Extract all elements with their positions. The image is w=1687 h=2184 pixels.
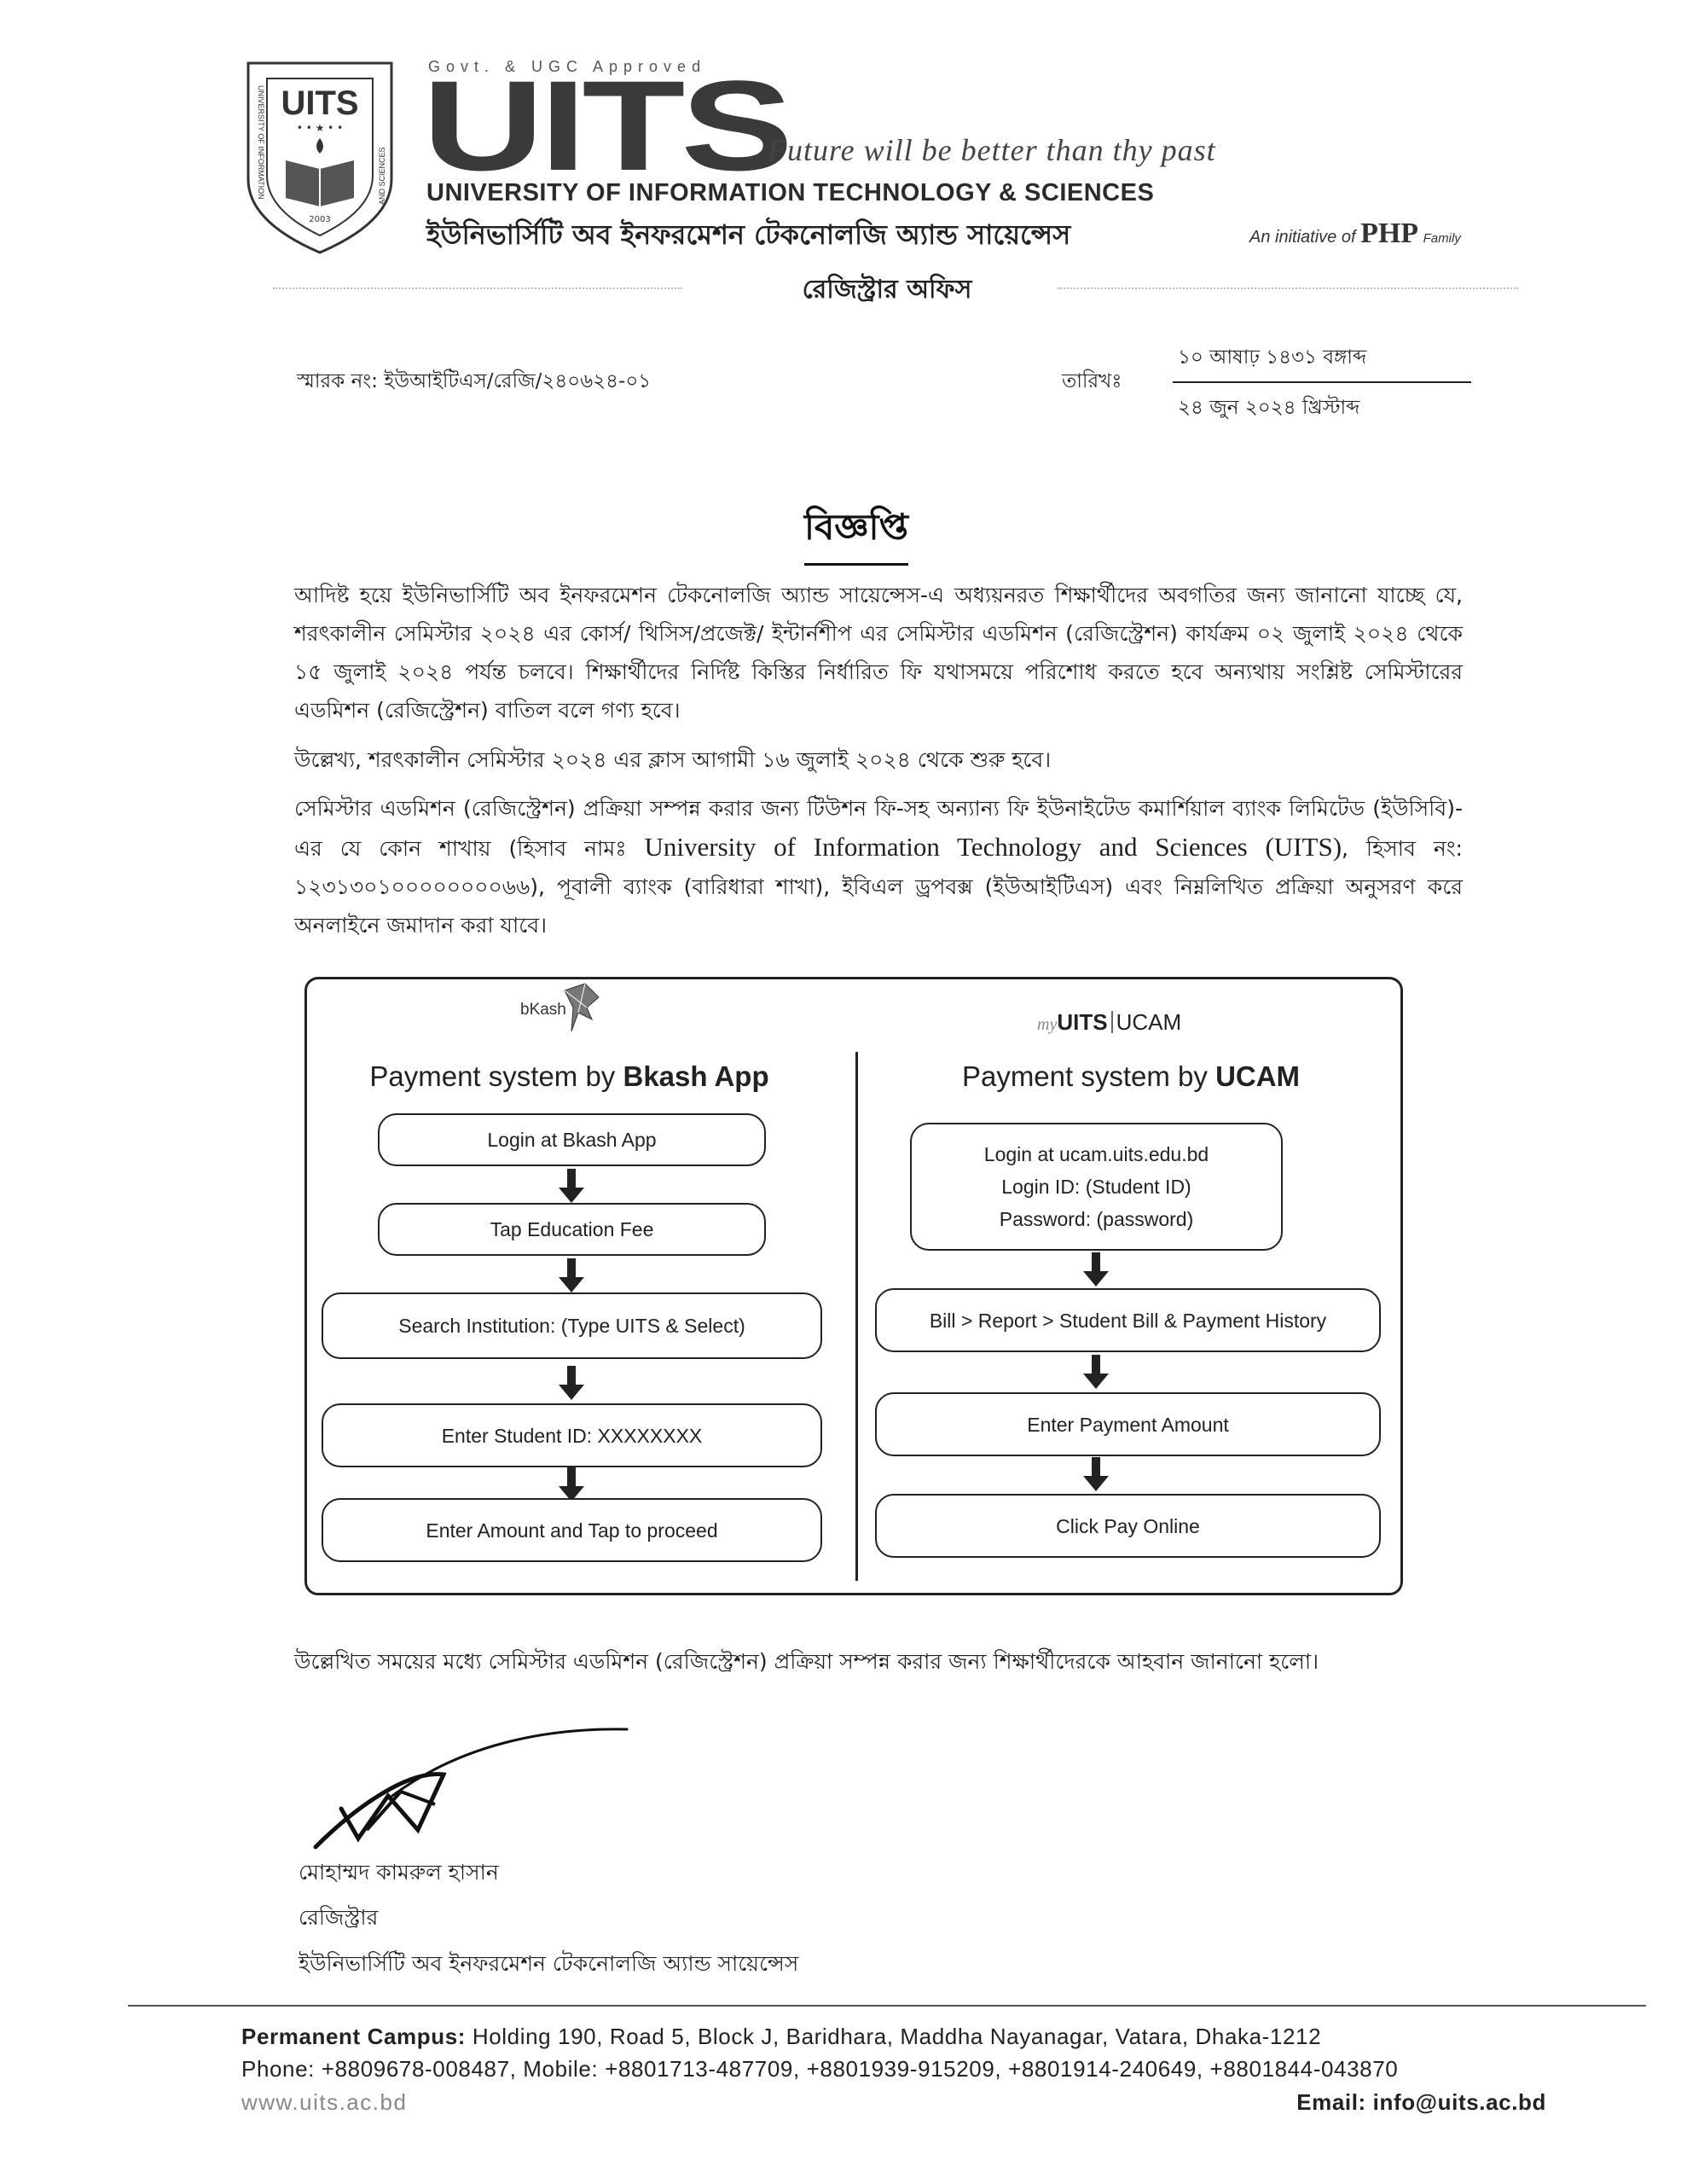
ucam-login-url: Login at ucam.uits.edu.bd [984, 1138, 1209, 1170]
svg-text:UNIVERSITY OF INFORMATION: UNIVERSITY OF INFORMATION [257, 85, 265, 200]
tagline: Future will be better than thy past [768, 132, 1216, 168]
arrow-down-icon [559, 1258, 584, 1294]
bkash-step-5: Enter Amount and Tap to proceed [322, 1498, 822, 1562]
bkash-step-1: Login at Bkash App [378, 1113, 766, 1166]
signatory-title: রেজিস্ট্রার [299, 1901, 378, 1937]
ucam-step-3: Enter Payment Amount [875, 1392, 1381, 1456]
bkash-bird-icon [561, 982, 602, 1033]
email-link[interactable]: Email: info@uits.ac.bd [1296, 2085, 1546, 2119]
bkash-logo: bKash [520, 1001, 566, 1019]
ucam-title-bold: UCAM [1215, 1060, 1300, 1092]
notice-paragraph-1: আদিষ্ট হয়ে ইউনিভার্সিটি অব ইনফরমেশন টেক… [294, 576, 1463, 729]
php-brand: PHP [1360, 218, 1418, 249]
bkash-step-3: Search Institution: (Type UITS & Select) [322, 1292, 822, 1359]
ucam-column: myUITSUCAM Payment system by UCAM Login … [858, 979, 1404, 1593]
notice-title-wrap: বিজ্ঞপ্তি [0, 499, 1687, 566]
memo-number: স্মারক নং: ইউআইটিএস/রেজি/২৪০৬২৪-০১ [297, 365, 651, 398]
date-gregorian: ২৪ জুন ২০২৪ খ্রিস্টাব্দ [1173, 383, 1471, 425]
bkash-logo-text: bKash [520, 1001, 566, 1019]
bkash-title: Payment system by Bkash App [307, 1060, 855, 1093]
bkash-title-bold: Bkash App [623, 1060, 768, 1092]
bkash-step-2: Tap Education Fee [378, 1203, 766, 1256]
uits-wordmark: UITS [422, 61, 789, 189]
ucam-step-1: Login at ucam.uits.edu.bd Login ID: (Stu… [910, 1123, 1283, 1251]
ucam-title: Payment system by UCAM [858, 1060, 1404, 1093]
signature-icon [307, 1711, 631, 1856]
svg-text:UITS: UITS [281, 84, 358, 122]
svg-text:AND SCIENCES: AND SCIENCES [378, 147, 386, 205]
footer-divider [128, 2005, 1646, 2007]
university-name-bangla: ইউনিভার্সিটি অব ইনফরমেশন টেকনোলজি অ্যান্… [426, 213, 1070, 259]
arrow-down-icon [1083, 1355, 1109, 1391]
footer: Permanent Campus: Holding 190, Road 5, B… [241, 2020, 1546, 2119]
decorative-rule [273, 288, 682, 290]
payment-instructions-box: bKash Payment system by Bkash App Login … [304, 977, 1403, 1595]
registrar-office-heading: রেজিস্ট্রার অফিস [751, 269, 1023, 312]
arrow-down-icon [559, 1366, 584, 1402]
myuits-ucam-logo: myUITSUCAM [1037, 1009, 1181, 1036]
phone-numbers: Phone: +8809678-008487, Mobile: +8801713… [241, 2053, 1546, 2085]
ucam-step-4: Click Pay Online [875, 1494, 1381, 1558]
university-name-english: UNIVERSITY OF INFORMATION TECHNOLOGY & S… [426, 179, 1154, 207]
arrow-down-icon [1083, 1252, 1109, 1288]
closing-paragraph: উল্লেখিত সময়ের মধ্যে সেমিস্টার এডমিশন (… [294, 1642, 1463, 1681]
svg-text:2003: 2003 [309, 215, 330, 224]
date-bangla: ১০ আষাঢ় ১৪৩১ বঙ্গাব্দ [1173, 341, 1471, 383]
svg-text:• • ★ • •: • • ★ • • [297, 122, 343, 134]
date-label: তারিখঃ [1062, 365, 1122, 398]
bkash-column: bKash Payment system by Bkash App Login … [307, 979, 855, 1593]
emblem-shield-icon: UITS • • ★ • • 2003 UNIVERSITY OF INFORM… [243, 60, 397, 256]
date-block: ১০ আষাঢ় ১৪৩১ বঙ্গাব্দ ২৪ জুন ২০২৪ খ্রিস… [1173, 341, 1471, 425]
ucam-password: Password: (password) [1000, 1203, 1194, 1235]
notice-paragraph-3: সেমিস্টার এডমিশন (রেজিস্ট্রেশন) প্রক্রিয… [294, 789, 1463, 944]
php-initiative: An initiative of PHP Family [1249, 218, 1461, 250]
ucam-step-2: Bill > Report > Student Bill & Payment H… [875, 1288, 1381, 1352]
website-link[interactable]: www.uits.ac.bd [241, 2085, 407, 2119]
decorative-rule [1058, 288, 1518, 290]
university-emblem: UITS • • ★ • • 2003 UNIVERSITY OF INFORM… [243, 60, 397, 256]
arrow-down-icon [1083, 1457, 1109, 1493]
initiative-suffix: Family [1423, 231, 1461, 246]
bkash-step-4: Enter Student ID: XXXXXXXX [322, 1403, 822, 1467]
arrow-down-icon [559, 1169, 584, 1205]
notice-paragraph-2: উল্লেখ্য, শরৎকালীন সেমিস্টার ২০২৪ এর ক্ল… [294, 741, 1463, 779]
campus-address: Permanent Campus: Holding 190, Road 5, B… [241, 2020, 1546, 2053]
ucam-login-id: Login ID: (Student ID) [1001, 1170, 1191, 1203]
signatory-organization: ইউনিভার্সিটি অব ইনফরমেশন টেকনোলজি অ্যান্… [299, 1947, 798, 1984]
account-name: University of Information Technology and… [645, 832, 1342, 862]
notice-title: বিজ্ঞপ্তি [804, 499, 908, 566]
initiative-prefix: An initiative of [1249, 228, 1356, 247]
footer-contact-row: www.uits.ac.bd Email: info@uits.ac.bd [241, 2085, 1546, 2119]
office-heading-row: রেজিস্ট্রার অফিস [273, 269, 1518, 303]
signatory-name: মোহাম্মদ কামরুল হাসান [299, 1856, 499, 1892]
